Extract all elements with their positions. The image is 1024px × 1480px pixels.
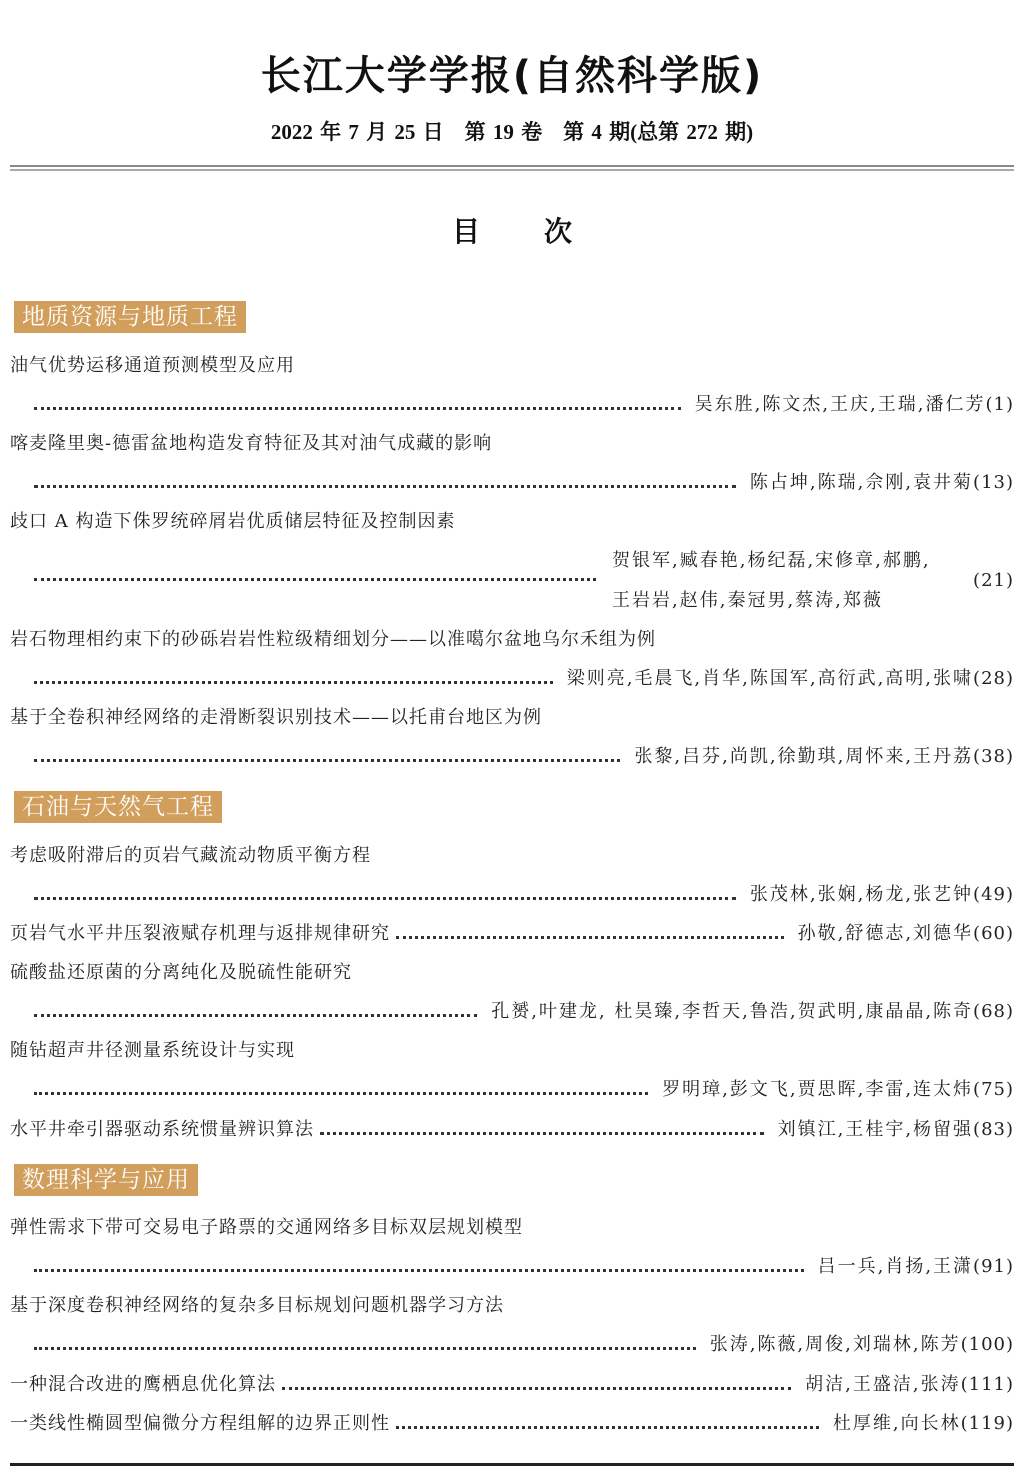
toc-entry[interactable]: 水平井牵引器驱动系统惯量辨识算法 刘镇江,王桂宇,杨留强 (83) bbox=[10, 1118, 1014, 1142]
dot-leader bbox=[34, 681, 553, 684]
dot-leader bbox=[34, 1014, 477, 1017]
article-authors: 杜厚维,向长林 bbox=[833, 1412, 961, 1436]
article-authors: 胡洁,王盛洁,张涛 bbox=[805, 1373, 960, 1397]
article-authors: 孙敬,舒德志,刘德华 bbox=[798, 922, 973, 946]
page-number: (83) bbox=[973, 1118, 1014, 1142]
toc-entry[interactable]: 吕一兵,肖扬,王潇 (91) bbox=[10, 1255, 1014, 1279]
header-divider bbox=[10, 165, 1014, 167]
article-title[interactable]: 油气优势运移通道预测模型及应用 bbox=[10, 354, 295, 378]
section-label-geology: 地质资源与地质工程 bbox=[14, 301, 246, 333]
article-title[interactable]: 歧口 A 构造下侏罗统碎屑岩优质储层特征及控制因素 bbox=[10, 510, 455, 534]
page-number: (68) bbox=[973, 1000, 1014, 1024]
issue-info: 2022 年 7 月 25 日 第 19 卷 第 4 期(总第 272 期) bbox=[0, 118, 1024, 146]
toc-entry[interactable]: 陈占坤,陈瑞,佘刚,袁井菊 (13) bbox=[10, 471, 1014, 495]
page-number: (75) bbox=[973, 1078, 1014, 1102]
article-title[interactable]: 考虑吸附滞后的页岩气藏流动物质平衡方程 bbox=[10, 844, 371, 868]
toc-entry[interactable]: 张茂林,张娴,杨龙,张艺钟 (49) bbox=[10, 883, 1014, 907]
article-title[interactable]: 一类线性椭圆型偏微分方程组解的边界正则性 bbox=[10, 1412, 390, 1436]
page-number: (28) bbox=[973, 667, 1014, 691]
article-title[interactable]: 页岩气水平井压裂液赋存机理与返排规律研究 bbox=[10, 922, 390, 946]
article-title[interactable]: 弹性需求下带可交易电子路票的交通网络多目标双层规划模型 bbox=[10, 1216, 523, 1240]
toc-heading: 目次 bbox=[0, 212, 1024, 252]
page-number: (100) bbox=[961, 1333, 1014, 1357]
page-number: (111) bbox=[961, 1373, 1014, 1397]
article-authors: 梁则亮,毛晨飞,肖华,陈国军,高衍武,高明,张啸 bbox=[567, 667, 973, 691]
dot-leader bbox=[34, 407, 681, 410]
journal-title: 长江大学学报(自然科学版) bbox=[0, 50, 1024, 102]
page-number: (38) bbox=[973, 745, 1014, 769]
dot-leader bbox=[34, 1092, 648, 1095]
page-number: (1) bbox=[986, 393, 1015, 417]
article-authors: 张茂林,张娴,杨龙,张艺钟 bbox=[750, 883, 973, 907]
dot-leader bbox=[396, 1426, 819, 1429]
dot-leader bbox=[34, 485, 736, 488]
article-authors: 刘镇江,王桂宇,杨留强 bbox=[778, 1118, 973, 1142]
article-title[interactable]: 基于深度卷积神经网络的复杂多目标规划问题机器学习方法 bbox=[10, 1294, 504, 1318]
article-authors: 贺银军,臧春艳,杨纪磊,宋修章,郝鹏, bbox=[612, 541, 931, 581]
article-authors: 张涛,陈薇,周俊,刘瑞林,陈芳 bbox=[710, 1333, 961, 1357]
page-number: (91) bbox=[973, 1255, 1014, 1279]
dot-leader bbox=[34, 897, 736, 900]
toc-entry[interactable]: 页岩气水平井压裂液赋存机理与返排规律研究 孙敬,舒德志,刘德华 (60) bbox=[10, 922, 1014, 946]
article-title[interactable]: 随钻超声井径测量系统设计与实现 bbox=[10, 1039, 295, 1063]
toc-entry[interactable]: 孔赟,叶建龙, 杜昊臻,李哲天,鲁浩,贺武明,康晶晶,陈奇 (68) bbox=[10, 1000, 1014, 1024]
article-title[interactable]: 一种混合改进的鹰栖息优化算法 bbox=[10, 1373, 276, 1397]
section-label-petroleum: 石油与天然气工程 bbox=[14, 791, 222, 823]
toc-entry[interactable]: 罗明璋,彭文飞,贾思晖,李雷,连太炜 (75) bbox=[10, 1078, 1014, 1102]
page-number: (49) bbox=[973, 883, 1014, 907]
article-authors: 陈占坤,陈瑞,佘刚,袁井菊 bbox=[750, 471, 973, 495]
article-authors: 孔赟,叶建龙, 杜昊臻,李哲天,鲁浩,贺武明,康晶晶,陈奇 bbox=[491, 1000, 973, 1024]
page-number: (60) bbox=[973, 922, 1014, 946]
article-authors: 吕一兵,肖扬,王潇 bbox=[818, 1255, 973, 1279]
article-title[interactable]: 喀麦隆里奥-德雷盆地构造发育特征及其对油气成藏的影响 bbox=[10, 432, 492, 456]
article-title[interactable]: 硫酸盐还原菌的分离纯化及脱硫性能研究 bbox=[10, 961, 352, 985]
page-number: (13) bbox=[973, 471, 1014, 495]
dot-leader bbox=[34, 759, 620, 762]
article-title[interactable]: 水平井牵引器驱动系统惯量辨识算法 bbox=[10, 1118, 314, 1142]
dot-leader bbox=[34, 1347, 696, 1350]
dot-leader bbox=[34, 1269, 804, 1272]
article-title[interactable]: 基于全卷积神经网络的走滑断裂识别技术——以托甫台地区为例 bbox=[10, 706, 542, 730]
header-divider bbox=[10, 169, 1014, 171]
article-authors: 张黎,吕芬,尚凯,徐勤琪,周怀来,王丹荔 bbox=[634, 745, 973, 769]
article-authors: 王岩岩,赵伟,秦冠男,蔡涛,郑薇 bbox=[612, 581, 883, 621]
toc-entry[interactable]: 张涛,陈薇,周俊,刘瑞林,陈芳 (100) bbox=[10, 1333, 1014, 1357]
toc-entry[interactable]: 一种混合改进的鹰栖息优化算法 胡洁,王盛洁,张涛 (111) bbox=[10, 1373, 1014, 1397]
article-title[interactable]: 岩石物理相约束下的砂砾岩岩性粒级精细划分——以准噶尔盆地乌尔禾组为例 bbox=[10, 628, 656, 652]
page-number: (21) bbox=[973, 570, 1014, 591]
article-authors: 罗明璋,彭文飞,贾思晖,李雷,连太炜 bbox=[662, 1078, 973, 1102]
toc-entry[interactable]: 吴东胜,陈文杰,王庆,王瑞,潘仁芳 (1) bbox=[10, 393, 1014, 417]
section-label-math: 数理科学与应用 bbox=[14, 1164, 198, 1196]
toc-entry[interactable]: 张黎,吕芬,尚凯,徐勤琪,周怀来,王丹荔 (38) bbox=[10, 745, 1014, 769]
toc-entry[interactable]: 一类线性椭圆型偏微分方程组解的边界正则性 杜厚维,向长林 (119) bbox=[10, 1412, 1014, 1436]
dot-leader bbox=[396, 936, 784, 939]
dot-leader bbox=[282, 1387, 791, 1390]
article-authors: 吴东胜,陈文杰,王庆,王瑞,潘仁芳 bbox=[695, 393, 986, 417]
dot-leader bbox=[320, 1132, 764, 1135]
page-number: (119) bbox=[961, 1412, 1014, 1436]
toc-entry[interactable]: 梁则亮,毛晨飞,肖华,陈国军,高衍武,高明,张啸 (28) bbox=[10, 667, 1014, 691]
footer-divider bbox=[10, 1463, 1014, 1466]
dot-leader bbox=[34, 578, 596, 581]
